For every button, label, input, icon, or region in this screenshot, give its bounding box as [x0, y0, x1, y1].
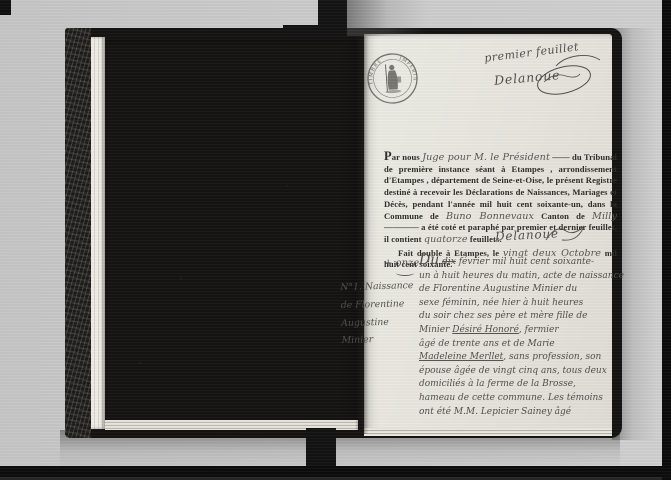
renvoi-paraph [396, 270, 414, 276]
scan-frame-bottom-band [0, 466, 671, 480]
act-line: épouse âgée de vingt cinq ans, tous deux [419, 365, 619, 379]
officer-handwritten: Juge pour M. le Président [422, 152, 550, 163]
page-stack-left-edge [91, 37, 105, 429]
birth-act-text: Du dix février mil huit cent soixante- u… [419, 254, 619, 419]
canton-handwritten: Milly [592, 211, 617, 222]
margin-line: Minier [341, 330, 419, 350]
top-clamp [318, 0, 347, 38]
timbre-imperial-stamp-icon: TIMBRE IMPÉRIAL [364, 50, 421, 107]
clamp-shadow [347, 0, 427, 36]
act-line: sexe féminin, née hier à huit heures [419, 297, 619, 311]
renvoi-note: + onze [384, 258, 419, 269]
crossed-out-word: dix [442, 257, 456, 267]
act-line: Madeleine Merllet, sans profession, son [419, 351, 619, 365]
margin-line: Augustine [341, 313, 419, 333]
act-line: domiciliés à la ferme de la Brosse, [419, 378, 619, 392]
act-line: âgé de trente ans et de Marie [419, 338, 619, 352]
margin-line: de Florentine [341, 295, 419, 315]
act-line: du soir chez ses père et mère fille de [419, 310, 619, 324]
commune-handwritten: Buno Bonnevaux [446, 211, 534, 222]
page-stack-bottom-right [364, 428, 612, 436]
act-line: un à huit heures du matin, acte de naiss… [419, 270, 619, 284]
act-line: hameau de cette commune. Les témoins [419, 392, 619, 406]
act-line: ont été M.M. Lepicier Sainey âgé [419, 406, 619, 420]
folio-count-handwritten: quatorze [424, 234, 468, 245]
top-clamp-foot [283, 25, 320, 38]
scan-frame-right-edge [662, 0, 671, 480]
marbled-cover-edge [65, 28, 91, 438]
scanned-civil-register-photo: TIMBRE IMPÉRIAL premier feuillet Delanou… [0, 0, 671, 480]
margin-line: N°1. Naissance [340, 277, 418, 297]
act-line: Minier Désiré Honoré, fermier [419, 324, 619, 338]
act-line: Du dix février mil huit cent soixante- [419, 254, 619, 270]
act-margin-annotation: N°1. Naissance de Florentine Augustine M… [340, 277, 420, 350]
bottom-clamp [306, 428, 336, 468]
scan-frame-corner [0, 0, 11, 15]
act-line: de Florentine Augustine Minier du [419, 283, 619, 297]
blank-left-page [105, 39, 358, 425]
